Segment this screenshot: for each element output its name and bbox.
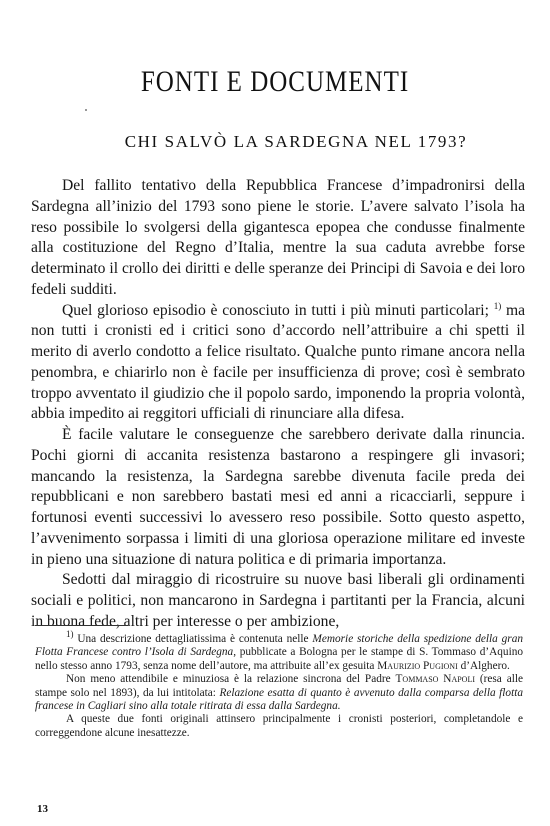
paragraph-4: Sedotti dal miraggio di ricostruire su n…: [31, 570, 525, 632]
footnote-marker-1: 1): [66, 629, 74, 639]
article-body: Del fallito tentativo della Repubblica F…: [31, 176, 525, 633]
article-title: CHI SALVÒ LA SARDEGNA NEL 1793?: [0, 132, 550, 152]
paragraph-2-text-b: ma non tutti i cronisti ed i critici son…: [31, 302, 525, 423]
footnote-separator: [35, 625, 128, 626]
footnote-1-para-2: Non meno attendibile e minuziosa è la re…: [35, 673, 523, 713]
footnote-text: Una descrizione dettagliatissima è conte…: [74, 633, 313, 645]
document-page: FONTI E DOCUMENTI CHI SALVÒ LA SARDEGNA …: [0, 0, 550, 826]
footnote-text: d’Alghero.: [458, 660, 510, 672]
page-number: 13: [37, 803, 48, 815]
paragraph-1: Del fallito tentativo della Repubblica F…: [31, 176, 525, 301]
paragraph-3: È facile valutare le conseguenze che sar…: [31, 425, 525, 570]
print-speck: [85, 109, 87, 111]
footnote-1-para-1: 1) Una descrizione dettagliatissima è co…: [35, 633, 523, 673]
section-title: FONTI E DOCUMENTI: [0, 66, 550, 99]
footnote-text: Non meno attendibile e minuziosa è la re…: [66, 673, 396, 685]
footnote-author-name: Tommaso Napoli: [396, 673, 475, 685]
footnote-1-para-3: A queste due fonti originali attinsero p…: [35, 713, 523, 740]
paragraph-2-text-a: Quel glorioso episodio è conosciuto in t…: [62, 302, 489, 319]
paragraph-2: Quel glorioso episodio è conosciuto in t…: [31, 301, 525, 426]
footnote-author-name: Maurizio Pugioni: [377, 660, 457, 672]
footnotes: 1) Una descrizione dettagliatissima è co…: [35, 633, 523, 740]
